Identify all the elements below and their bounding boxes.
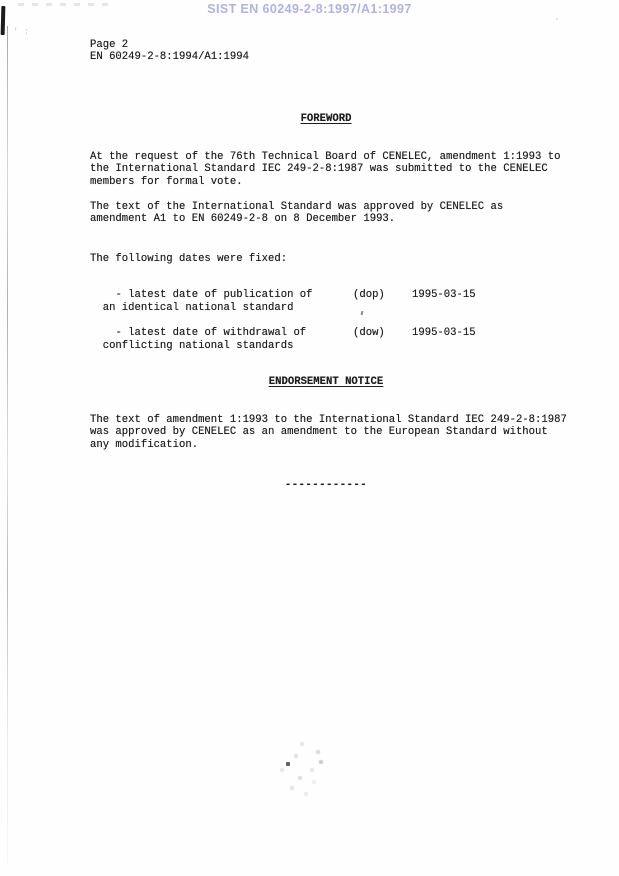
- date-item-code: (dow): [353, 327, 385, 339]
- date-item-value: 1995-03-15: [412, 327, 476, 339]
- date-item-text: - latest date of publication of an ident…: [90, 289, 313, 313]
- scanned-document-page: ' : SIST EN 60249-2-8:1997/A1:1997 Page …: [0, 0, 619, 876]
- document-reference: EN 60249-2-8:1994/A1:1994: [90, 51, 249, 63]
- dates-intro: The following dates were fixed:: [90, 253, 287, 265]
- foreword-paragraph-1: At the request of the 76th Technical Boa…: [90, 151, 560, 188]
- scan-topleft-marks: ' :: [13, 27, 58, 36]
- scan-speck: [556, 18, 558, 20]
- date-item-code: (dop): [353, 289, 385, 301]
- standard-watermark: SIST EN 60249-2-8:1997/A1:1997: [0, 2, 619, 16]
- endorsement-heading: ENDORSEMENT NOTICE: [90, 376, 562, 388]
- date-item-text: - latest date of withdrawal of conflicti…: [90, 327, 306, 351]
- page-number: Page 2: [90, 39, 128, 51]
- foreword-heading: FOREWORD: [90, 113, 562, 125]
- date-item-value: 1995-03-15: [412, 289, 476, 301]
- page-info: Page 2 EN 60249-2-8:1994/A1:1994: [90, 39, 249, 64]
- scan-vertical-line: [7, 26, 8, 864]
- scan-tick-artifact: [361, 311, 363, 315]
- foreword-paragraph-2: The text of the International Standard w…: [90, 201, 503, 226]
- endorsement-paragraph: The text of amendment 1:1993 to the Inte…: [90, 414, 567, 451]
- scan-bottom-smudge: [286, 762, 290, 766]
- end-divider: ------------: [90, 479, 562, 491]
